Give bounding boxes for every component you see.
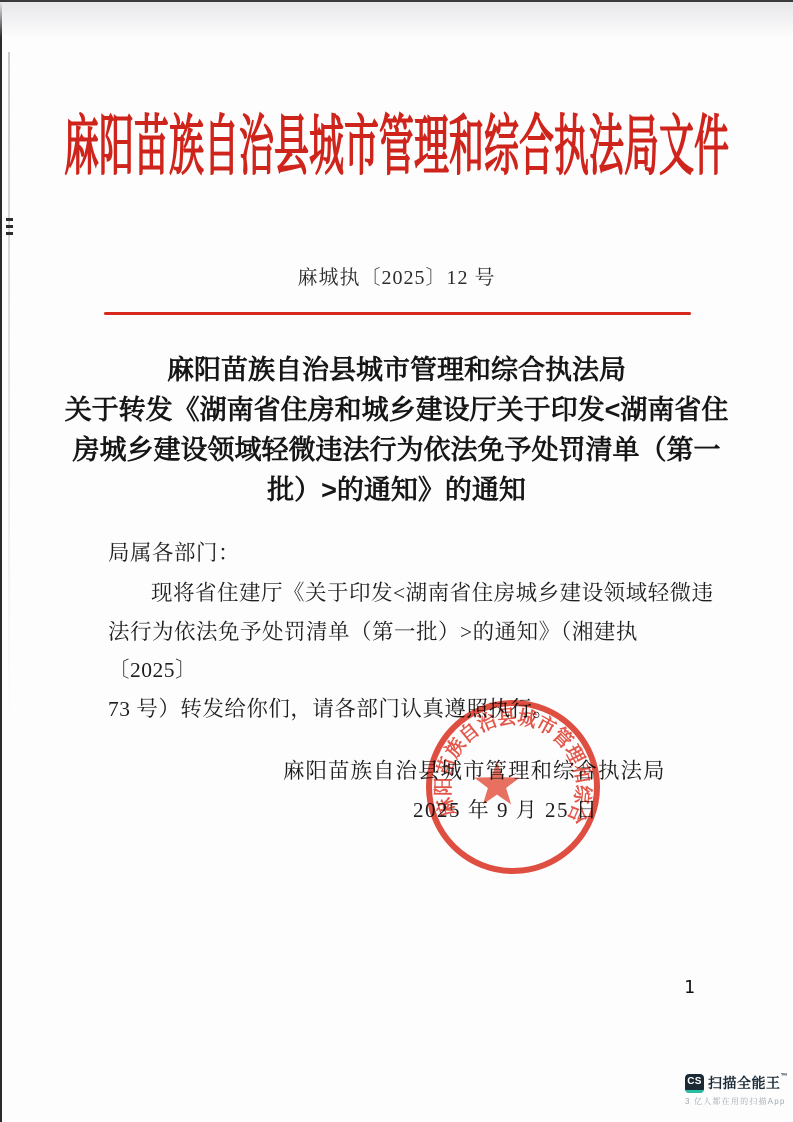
camscanner-tagline: 3 亿人都在用的扫描App	[685, 1096, 785, 1107]
scanned-document-page: 麻阳苗族自治县城市管理和综合执法局文件 麻城执〔2025〕12 号 麻阳苗族自治…	[0, 0, 793, 1122]
binding-mark	[6, 218, 13, 237]
document-title-line-4: 批）>的通知》的通知	[60, 470, 733, 510]
cs-logo-accent-bar	[685, 1090, 704, 1093]
salutation: 局属各部门：	[108, 536, 240, 567]
svg-text:麻阳苗族自治县城市管理和综合执法局: 麻阳苗族自治县城市管理和综合执法局	[423, 697, 596, 828]
page-number: 1	[684, 977, 695, 998]
scan-top-shadow	[0, 2, 793, 44]
trademark-symbol: ™	[781, 1073, 789, 1080]
document-number: 麻城执〔2025〕12 号	[0, 261, 793, 290]
camscanner-watermark: CS 扫描全能王™ 3 亿人都在用的扫描App	[685, 1073, 785, 1107]
body-paragraph-line-1: 现将省住建厅《关于印发<湖南省住房城乡建设领域轻微违	[108, 574, 714, 613]
body-paragraph: 现将省住建厅《关于印发<湖南省住房城乡建设领域轻微违 法行为依法免予处罚清单（第…	[108, 574, 714, 728]
letterhead-divider	[104, 312, 691, 315]
star-icon	[474, 761, 520, 804]
cs-logo-text: CS	[685, 1074, 704, 1090]
camscanner-logo-icon: CS	[685, 1074, 704, 1093]
camscanner-logo-row: CS 扫描全能王™	[685, 1073, 785, 1093]
body-paragraph-line-2: 法行为依法免予处罚清单（第一批）>的通知》（湘建执〔2025〕	[108, 613, 714, 690]
brand-text: 扫描全能王	[708, 1075, 781, 1091]
official-seal: 麻阳苗族自治县城市管理和综合执法局	[423, 697, 603, 877]
document-title-line-1: 麻阳苗族自治县城市管理和综合执法局	[60, 350, 733, 390]
letterhead-title: 麻阳苗族自治县城市管理和综合执法局文件	[0, 112, 793, 183]
camscanner-brand-name: 扫描全能王™	[708, 1073, 788, 1093]
seal-text: 麻阳苗族自治县城市管理和综合执法局	[423, 697, 596, 828]
document-title-line-2: 关于转发《湖南省住房和城乡建设厅关于印发<湖南省住	[60, 390, 733, 430]
body-paragraph-line-3: 73 号）转发给你们，请各部门认真遵照执行。	[108, 690, 714, 729]
document-title: 麻阳苗族自治县城市管理和综合执法局 关于转发《湖南省住房和城乡建设厅关于印发<湖…	[60, 350, 733, 510]
document-title-line-3: 房城乡建设领域轻微违法行为依法免予处罚清单（第一	[60, 430, 733, 470]
